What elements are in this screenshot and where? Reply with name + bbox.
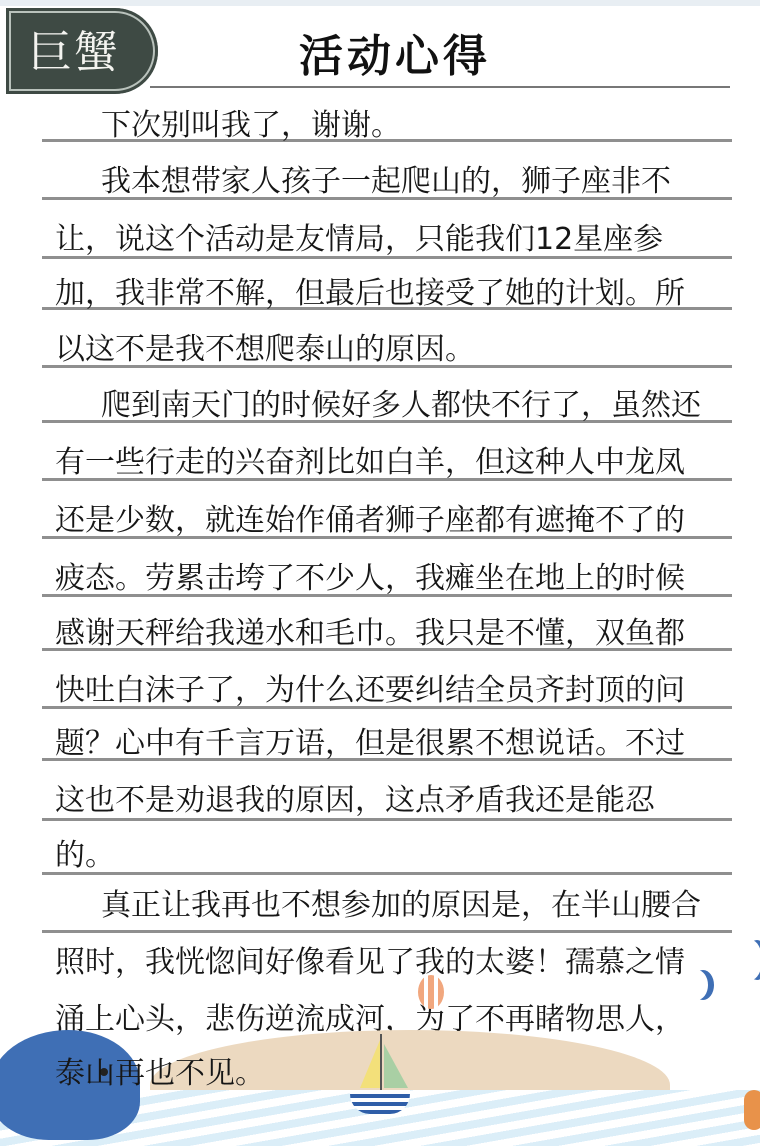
orange-decoration-icon <box>744 1090 760 1130</box>
text-line: 泰山再也不见。 <box>55 1048 265 1092</box>
moon-icon <box>740 940 760 980</box>
text-line: 我本想带家人孩子一起爬山的，狮子座非不 <box>55 156 671 200</box>
text-line: 快吐白沫子了，为什么还要纠结全员齐封顶的问 <box>55 665 685 709</box>
moon-icon <box>686 970 708 1000</box>
hot-air-balloon-icon <box>418 975 444 1009</box>
text-line: 让，说这个活动是友情局，只能我们12星座参 <box>55 214 663 258</box>
text-line: 的。 <box>55 830 115 874</box>
zodiac-badge-label: 巨蟹 <box>28 16 120 80</box>
rule-line <box>42 872 732 875</box>
text-line: 以这不是我不想爬泰山的原因。 <box>55 324 475 368</box>
sail-icon <box>360 1040 380 1088</box>
text-line: 有一些行走的兴奋剂比如白羊，但这种人中龙凤 <box>55 437 685 481</box>
text-line: 下次别叫我了，谢谢。 <box>55 100 401 144</box>
text-line: 感谢天秤给我递水和毛巾。我只是不懂，双鱼都 <box>55 608 685 652</box>
text-line: 还是少数，就连始作俑者狮子座都有遮掩不了的 <box>55 495 685 539</box>
title-underline <box>150 86 730 88</box>
top-strip <box>0 0 760 6</box>
rule-line <box>42 930 732 933</box>
text-line: 爬到南天门的时候好多人都快不行了，虽然还 <box>55 380 701 424</box>
sail-icon <box>384 1044 408 1088</box>
text-line: 加，我非常不解，但最后也接受了她的计划。所 <box>55 268 685 312</box>
text-line: 题？心中有千言万语，但是很累不想说话。不过 <box>55 718 685 762</box>
page-title: 活动心得 <box>230 20 560 84</box>
text-line: 这也不是劝退我的原因，这点矛盾我还是能忍 <box>55 775 655 819</box>
sailboat-icon <box>350 1090 410 1114</box>
text-line: 照时，我恍惚间好像看见了我的太婆！孺慕之情 <box>55 937 685 981</box>
text-line: 疲态。劳累击垮了不少人，我瘫坐在地上的时候 <box>55 553 685 597</box>
boat-mast <box>380 1034 382 1092</box>
text-line: 真正让我再也不想参加的原因是，在半山腰合 <box>55 880 701 924</box>
